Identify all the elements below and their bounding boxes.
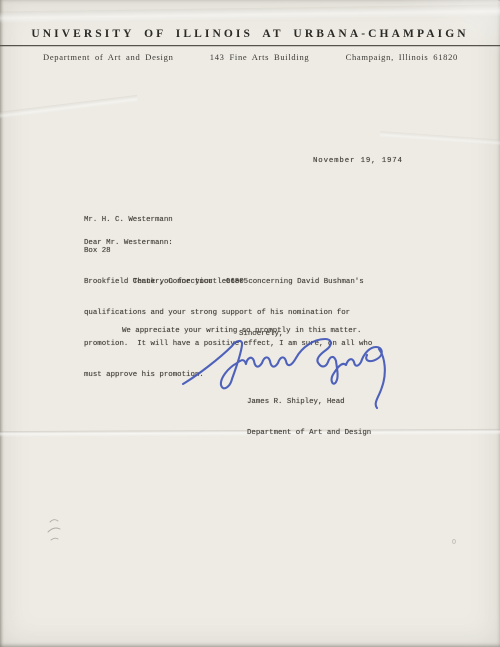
paper-crease-right [380, 131, 500, 147]
paper-crease-top [0, 4, 500, 23]
paper-crease-left [0, 95, 138, 120]
pencil-mark [42, 516, 68, 550]
letterhead-city: Champaign, Illinois 61820 [346, 52, 458, 62]
signer-dept-line: Department of Art and Design [247, 428, 371, 438]
body-line: Thank you for your letter concerning Dav… [84, 277, 372, 287]
letterhead-subline: Department of Art and Design 143 Fine Ar… [43, 52, 458, 62]
recipient-line: Mr. H. C. Westermann [84, 215, 248, 225]
paper-speck [452, 539, 456, 544]
letterhead-university: UNIVERSITY OF ILLINOIS AT URBANA-CHAMPAI… [0, 28, 500, 40]
letterhead-building: 143 Fine Arts Building [210, 52, 310, 62]
signature-block: James R. Shipley, Head Department of Art… [247, 376, 371, 459]
letter-date: November 19, 1974 [313, 156, 403, 166]
letterhead-rule [0, 45, 500, 46]
scanned-letter-page: UNIVERSITY OF ILLINOIS AT URBANA-CHAMPAI… [0, 0, 500, 647]
letterhead-department: Department of Art and Design [43, 52, 174, 62]
salutation: Dear Mr. Westermann: [84, 238, 173, 248]
signer-name-line: James R. Shipley, Head [247, 397, 371, 407]
